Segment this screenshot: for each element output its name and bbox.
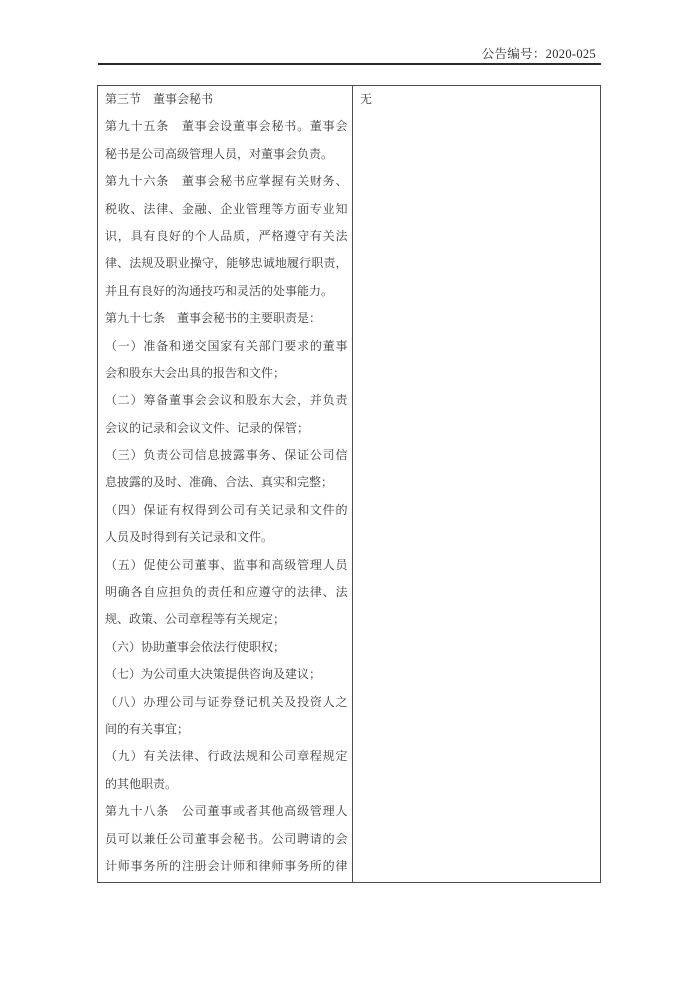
text-line: 第九十八条 公司董事或者其他高级管理人 xyxy=(105,798,348,825)
text-line: 第九十五条 董事会设董事会秘书。董事会 xyxy=(105,113,348,140)
document-page: 公告编号：2020-025 第三节 董事会秘书 第九十五条 董事会设董事会秘书。… xyxy=(0,0,700,990)
text-line: 第九十七条 董事会秘书的主要职责是： xyxy=(105,305,348,332)
text-line: 并且有良好的沟通技巧和灵活的处事能力。 xyxy=(105,278,348,305)
text-line: 的其他职责。 xyxy=(105,771,348,798)
text-line: 秘书是公司高级管理人员，对董事会负责。 xyxy=(105,141,348,168)
text-line: （一）准备和递交国家有关部门要求的董事 xyxy=(105,333,348,360)
text-line: 律、法规及职业操守，能够忠诚地履行职责， xyxy=(105,250,348,277)
header-divider xyxy=(98,63,601,65)
text-line: 识，具有良好的个人品质，严格遵守有关法 xyxy=(105,223,348,250)
text-line: （九）有关法律、行政法规和公司章程规定 xyxy=(105,743,348,770)
text-line: 息披露的及时、准确、合法、真实和完整； xyxy=(105,469,348,496)
text-line: 计师事务所的注册会计师和律师事务所的律 xyxy=(105,853,348,880)
text-line: 明确各自应担负的责任和应遵守的法律、法 xyxy=(105,579,348,606)
text-line: （七）为公司重大决策提供咨询及建议； xyxy=(105,661,348,688)
text-line: 会和股东大会出具的报告和文件； xyxy=(105,360,348,387)
content-table: 第三节 董事会秘书 第九十五条 董事会设董事会秘书。董事会 秘书是公司高级管理人… xyxy=(97,85,601,883)
revision-note-text: 无 xyxy=(360,86,592,113)
text-line: （二）筹备董事会会议和股东大会，并负责 xyxy=(105,387,348,414)
text-line: 第九十六条 董事会秘书应掌握有关财务、 xyxy=(105,168,348,195)
text-line: 员可以兼任公司董事会秘书。公司聘请的会 xyxy=(105,826,348,853)
table-cell-main-text: 第三节 董事会秘书 第九十五条 董事会设董事会秘书。董事会 秘书是公司高级管理人… xyxy=(98,86,353,882)
table-cell-revision-note: 无 xyxy=(353,86,600,882)
text-line: （六）协助董事会依法行使职权； xyxy=(105,634,348,661)
announcement-number: 公告编号：2020-025 xyxy=(98,44,601,62)
text-line: （四）保证有权得到公司有关记录和文件的 xyxy=(105,497,348,524)
text-line: （八）办理公司与证券登记机关及投资人之 xyxy=(105,689,348,716)
text-line: （三）负责公司信息披露事务、保证公司信 xyxy=(105,442,348,469)
text-line: （五）促使公司董事、监事和高级管理人员 xyxy=(105,552,348,579)
text-line: 会议的记录和会议文件、记录的保管； xyxy=(105,415,348,442)
text-line: 规、政策、公司章程等有关规定； xyxy=(105,606,348,633)
text-line: 税收、法律、金融、企业管理等方面专业知 xyxy=(105,196,348,223)
text-line: 第三节 董事会秘书 xyxy=(105,86,348,113)
text-line: 人员及时得到有关记录和文件。 xyxy=(105,524,348,551)
text-line: 间的有关事宜； xyxy=(105,716,348,743)
